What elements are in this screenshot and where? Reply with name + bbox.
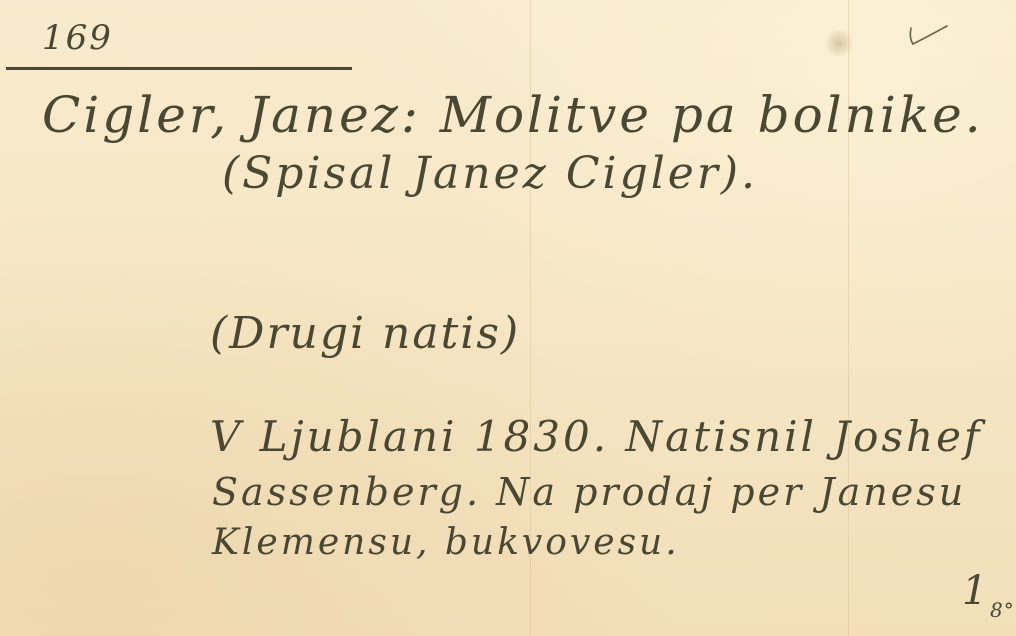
format-number: 1	[962, 568, 988, 614]
author-title-line: Cigler, Janez: Molitve pa bolnike.	[42, 86, 984, 144]
imprint-line-3: Klemensu, bukvovesu.	[212, 522, 680, 563]
header-rule	[6, 67, 352, 70]
statement-of-responsibility: (Spisal Janez Cigler).	[222, 148, 758, 199]
catalog-card: 169 Cigler, Janez: Molitve pa bolnike. (…	[0, 0, 1016, 636]
paper-stain	[822, 30, 856, 56]
imprint-line-2: Sassenberg. Na prodaj per Janesu	[212, 470, 966, 514]
format-size: 8°	[990, 598, 1015, 622]
call-number: 169	[42, 18, 113, 58]
edition-statement: (Drugi natis)	[210, 308, 520, 359]
imprint-line-1: V Ljublani 1830. Natisnil Joshef	[210, 412, 982, 461]
check-mark-icon	[905, 24, 953, 48]
